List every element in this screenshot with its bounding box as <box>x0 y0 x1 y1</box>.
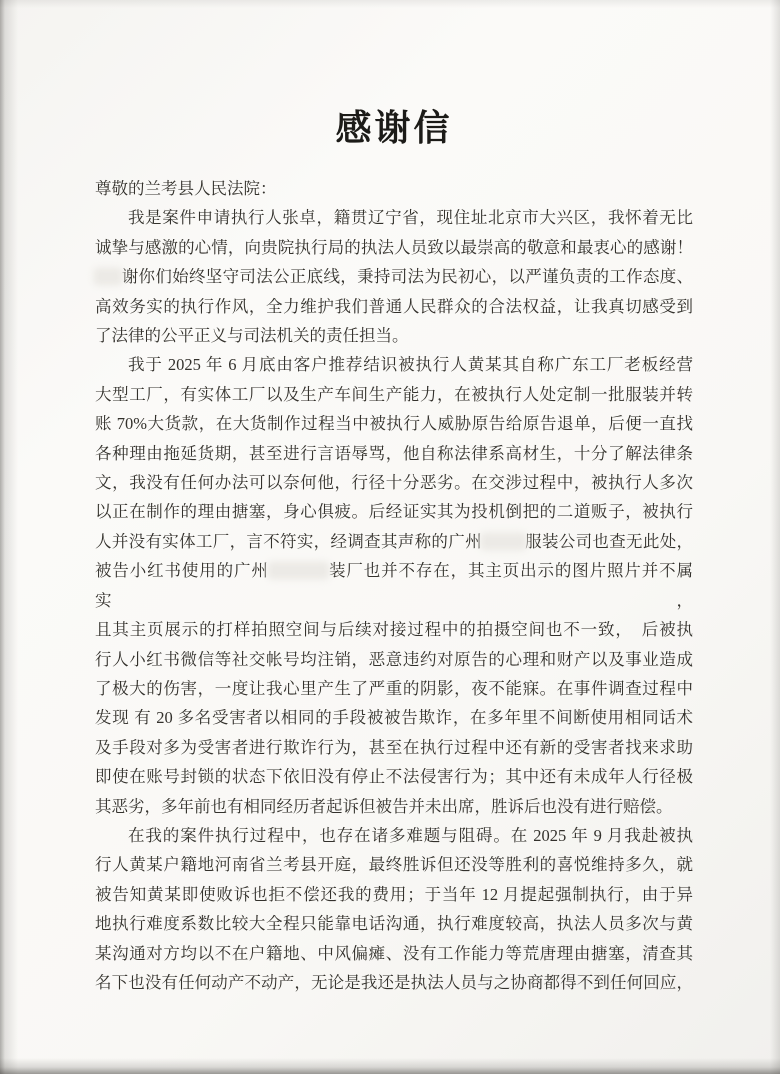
paragraph: 我于 2025 年 6 月底由客户推荐结识被执行人黄某其自称广东工厂老板经营大型… <box>95 350 693 821</box>
text-line: 行人小红书微信等社交帐号均注销，恶意违约对原告的心理和财产以及事业造成 <box>95 645 693 674</box>
text-line: 名下也没有任何动产不动产，无论是我还是执法人员与之协商都得不到任何回应， <box>95 968 693 997</box>
scanned-letter-page: 感谢信 尊敬的兰考县人民法院： 我是案件申请执行人张卓，籍贯辽宁省，现住址北京市… <box>0 0 780 1074</box>
text-line: 文，我没有任何办法可以奈何他，行径十分恶劣。在交涉过程中，被执行人多次 <box>95 468 693 497</box>
text-line: 地执行难度系数比较大全程只能靠电话沟通，执行难度较高，执法人员多次与黄 <box>95 909 693 938</box>
text-line: 诚挚与感激的心情，向贵院执行局的执法人员致以最崇高的敬意和最衷心的感谢！ <box>95 233 693 262</box>
text-line: 其恶劣，多年前也有相同经历者起诉但被告并未出席，胜诉后也没有进行赔偿。 <box>95 792 693 821</box>
text-line: 人并没有实体工厂，言不符实，经调查其声称的广州服装公司也查无此处， <box>95 527 693 556</box>
text-line: 我是案件申请执行人张卓，籍贯辽宁省，现住址北京市大兴区，我怀着无比 <box>95 203 693 232</box>
salutation-line: 尊敬的兰考县人民法院： <box>95 174 693 203</box>
text-line: 了法律的公平正义与司法机关的责任担当。 <box>95 321 693 350</box>
redaction-blur <box>95 269 121 284</box>
page-title: 感谢信 <box>95 106 693 150</box>
page-edge-shadow-bottom <box>0 1058 780 1074</box>
text-line: 我于 2025 年 6 月底由客户推荐结识被执行人黄某其自称广东工厂老板经营 <box>95 350 693 379</box>
letter-content: 感谢信 尊敬的兰考县人民法院： 我是案件申请执行人张卓，籍贯辽宁省，现住址北京市… <box>95 106 693 997</box>
page-edge-shadow-top <box>0 0 780 8</box>
page-edge-shadow-right <box>770 0 780 1074</box>
text-line: 账 70%大货款，在大货制作过程当中被执行人威胁原告给原告退单，后便一直找 <box>95 409 693 438</box>
page-edge-shadow-left <box>0 0 20 1074</box>
text-line: 大型工厂，有实体工厂以及生产车间生产能力，在被执行人处定制一批服装并转 <box>95 380 693 409</box>
text-line: 谢你们始终坚守司法公正底线，秉持司法为民初心，以严谨负责的工作态度、 <box>95 262 693 291</box>
text-line: 了极大的伤害，一度让我心里产生了严重的阴影，夜不能寐。在事件调查过程中 <box>95 674 693 703</box>
text-line: 以正在制作的理由搪塞，身心俱疲。后经证实其为投机倒把的二道贩子，被执行 <box>95 497 693 526</box>
text-line: 某沟通对方均以不在户籍地、中风偏瘫、没有工作能力等荒唐理由搪塞，清查其 <box>95 939 693 968</box>
redaction-blur <box>482 534 525 549</box>
letter-body: 我是案件申请执行人张卓，籍贯辽宁省，现住址北京市大兴区，我怀着无比诚挚与感激的心… <box>95 203 693 997</box>
text-line: 各种理由拖延货期，甚至进行言语辱骂，他自称法律系高材生，十分了解法律条 <box>95 439 693 468</box>
redaction-blur <box>269 563 328 578</box>
text-line: 即使在账号封锁的状态下依旧没有停止不法侵害行为；其中还有未成年人行径极 <box>95 762 693 791</box>
text-line: 发现 有 20 多名受害者以相同的手段被被告欺诈，在多年里不间断使用相同话术 <box>95 703 693 732</box>
text-line: 及手段对多为受害者进行欺诈行为，甚至在执行过程中还有新的受害者找来求助 <box>95 733 693 762</box>
text-line: 在我的案件执行过程中，也存在诸多难题与阻碍。在 2025 年 9 月我赴被执 <box>95 821 693 850</box>
text-line: 高效务实的执行作风，全力维护我们普通人民群众的合法权益，让我真切感受到 <box>95 292 693 321</box>
text-line: 被告知黄某即使败诉也拒不偿还我的费用；于当年 12 月提起强制执行，由于异 <box>95 880 693 909</box>
text-line: 且其主页展示的打样拍照空间与后续对接过程中的拍摄空间也不一致， 后被执 <box>95 615 693 644</box>
text-line: 行人黄某户籍地河南省兰考县开庭，最终胜诉但还没等胜利的喜悦维持多久，就 <box>95 850 693 879</box>
paragraph: 我是案件申请执行人张卓，籍贯辽宁省，现住址北京市大兴区，我怀着无比诚挚与感激的心… <box>95 203 693 350</box>
text-line: 被告小红书使用的广州装厂也并不存在，其主页出示的图片照片并不属实， <box>95 556 693 615</box>
paragraph: 在我的案件执行过程中，也存在诸多难题与阻碍。在 2025 年 9 月我赴被执行人… <box>95 821 693 997</box>
